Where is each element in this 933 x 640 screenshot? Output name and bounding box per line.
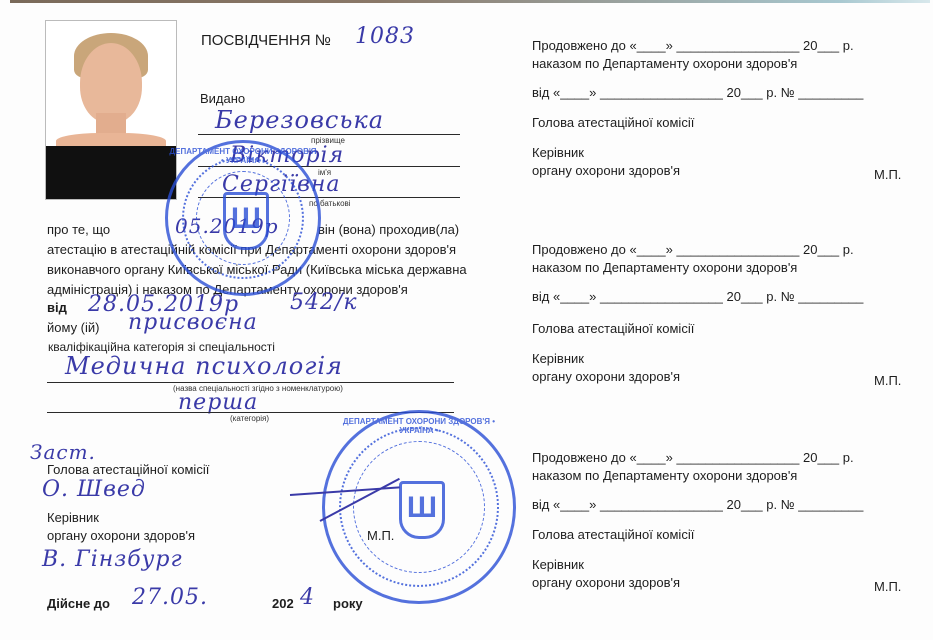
extension-from-line: від «____» _________________ 20___ р. № … [532,289,863,305]
commission-head-signature: О. Швед [42,477,146,502]
valid-year-prefix: 202 [272,596,294,612]
extension-stamp-label: М.П. [874,373,901,389]
trident-emblem-icon: Ш [399,481,445,539]
commission-head-label: Голова атестаційної комісії [47,462,209,478]
manager-label: Керівник [47,510,99,526]
extension-commission-head: Голова атестаційної комісії [532,527,694,543]
order-number: 542/к [290,290,358,315]
order-from-label: від [47,300,67,316]
extension-order-line: наказом по Департаменту охорони здоров'я [532,468,797,484]
assigned-label: йому (ій) [47,320,100,336]
extension-stamp-label: М.П. [874,579,901,595]
category-caption: (категорія) [230,414,269,423]
extension-order-line: наказом по Департаменту охорони здоров'я [532,56,797,72]
official-stamp-bottom: ДЕПАРТАМЕНТ ОХОРОНИ ЗДОРОВ'Я • УКРАЇНА •… [322,410,516,604]
extension-manager-org: органу охорони здоров'я [532,369,680,385]
surname-value: Березовська [215,106,384,134]
extension-manager-label: Керівник [532,557,584,573]
assigned-value: присвоєна [128,310,258,335]
specialty-underline [47,382,454,383]
valid-year-suffix: року [333,596,363,612]
extension-stamp-label: М.П. [874,167,901,183]
valid-until-date: 27.05. [132,585,208,610]
deputy-note: Заст. [30,440,96,464]
specialty-value: Медична психологія [65,352,343,380]
valid-until-label: Дійсне до [47,596,110,612]
extension-manager-org: органу охорони здоров'я [532,163,680,179]
surname-underline [198,134,460,135]
extension-order-line: наказом по Департаменту охорони здоров'я [532,260,797,276]
issued-label: Видано [200,91,245,107]
body-line-1-suffix: він (вона) проходив(ла) [318,222,459,238]
official-stamp-top: ДЕПАРТАМЕНТ ОХОРОНИ ЗДОРОВ'Я • УКРАЇНА •… [165,140,321,296]
certificate-title: ПОСВІДЧЕННЯ № [201,33,331,49]
extension-commission-head: Голова атестаційної комісії [532,115,694,131]
extension-commission-head: Голова атестаційної комісії [532,321,694,337]
manager-signature: В. Гінзбург [42,547,183,572]
extended-to-line: Продовжено до «____» _________________ 2… [532,450,854,466]
extended-to-line: Продовжено до «____» _________________ 2… [532,242,854,258]
extension-manager-org: органу охорони здоров'я [532,575,680,591]
manager-org-label: органу охорони здоров'я [47,528,195,544]
page-top-edge [10,0,930,3]
holder-photo [45,20,177,200]
body-line-1-prefix: про те, що [47,222,110,238]
certificate-number: 1083 [355,24,415,49]
extension-from-line: від «____» _________________ 20___ р. № … [532,85,863,101]
trident-emblem-icon: Ш [223,192,269,250]
extension-from-line: від «____» _________________ 20___ р. № … [532,497,863,513]
extended-to-line: Продовжено до «____» _________________ 2… [532,38,854,54]
extension-manager-label: Керівник [532,351,584,367]
extension-manager-label: Керівник [532,145,584,161]
valid-year-digit: 4 [300,585,315,610]
